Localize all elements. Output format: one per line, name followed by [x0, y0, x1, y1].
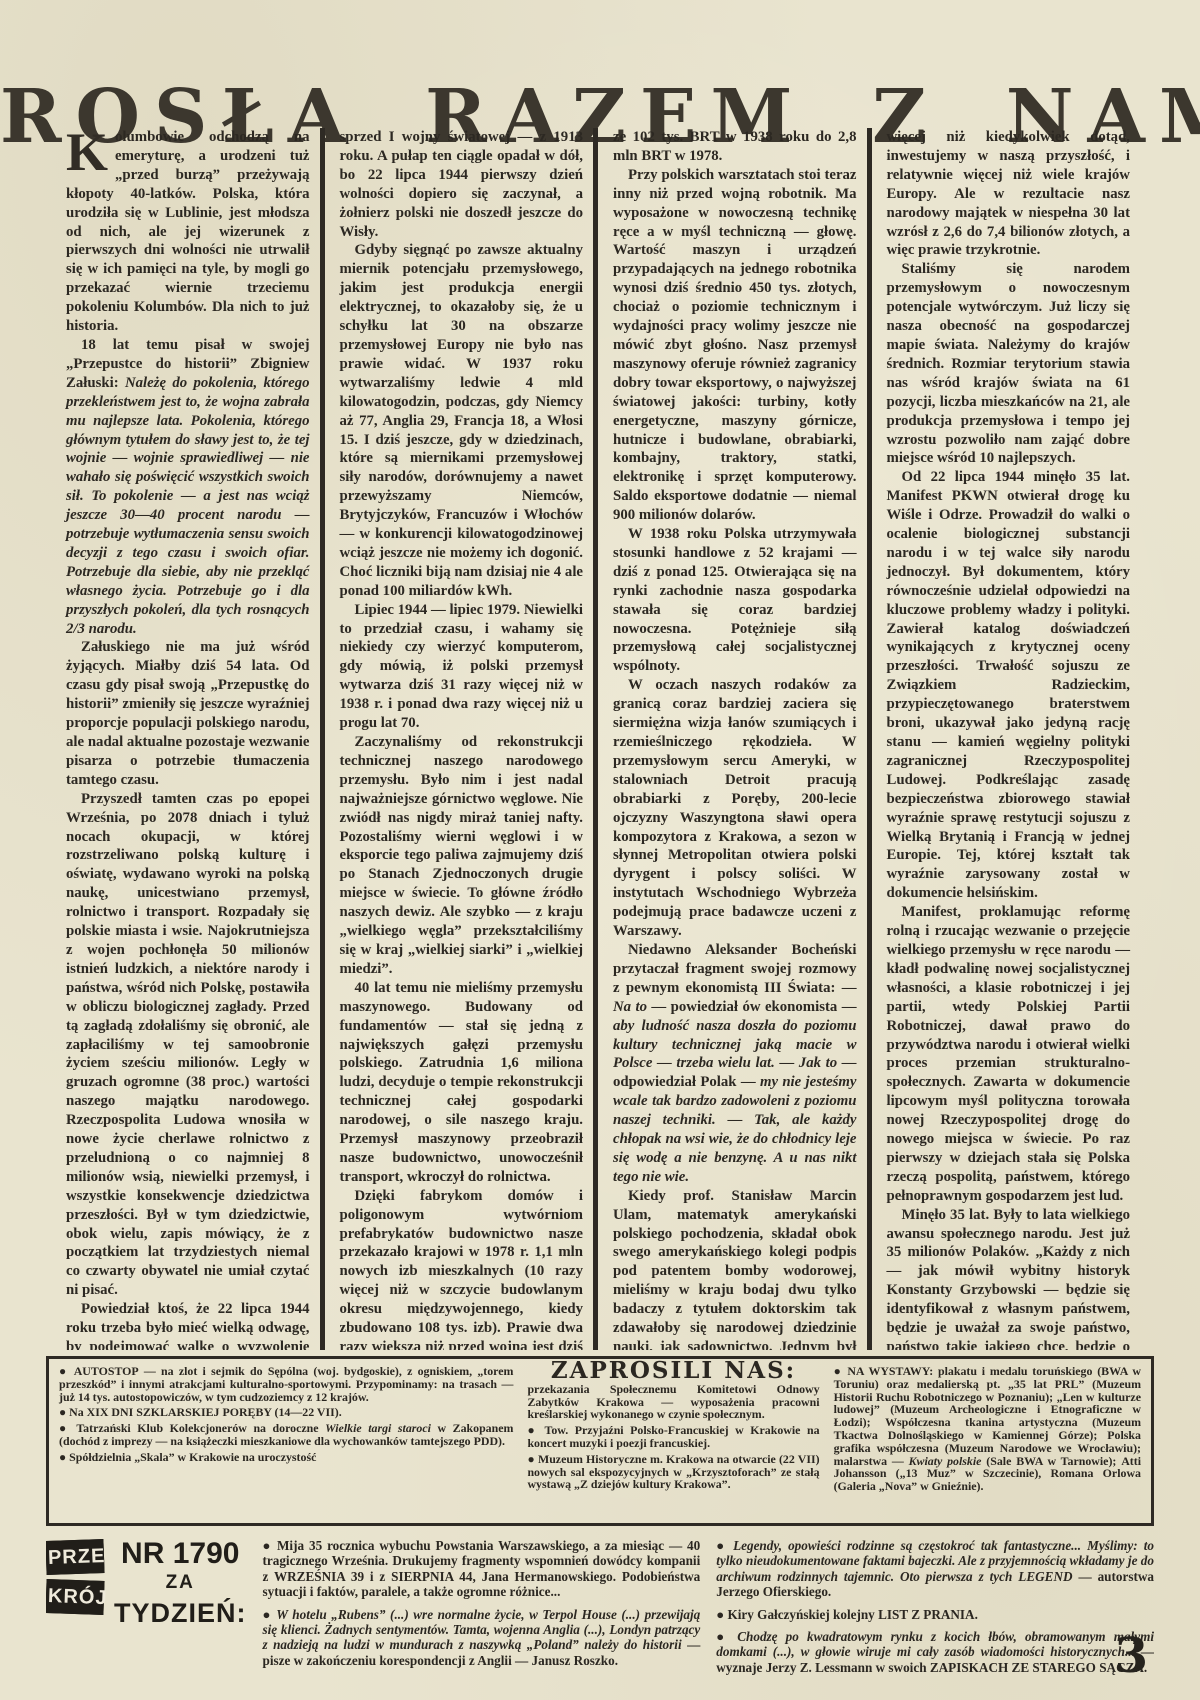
text-segment: Romana Orlowa [1051, 1466, 1142, 1480]
text-segment: W hotelu „Rubens” (...) wre normalne życ… [263, 1607, 701, 1653]
paragraph: Gdyby sięgnąć po zawsze aktualny miernik… [340, 241, 584, 600]
paragraph: ● Mija 35 rocznica wybuchu Powstania War… [263, 1538, 701, 1600]
article-column-1: Kolumbowie odchodzą na emeryturę, a urod… [60, 128, 320, 1350]
paragraph: ● Na XIX DNI SZKLARSKIEJ PORĘBY (14—22 V… [59, 1406, 513, 1419]
article-body: Kolumbowie odchodzą na emeryturę, a urod… [60, 128, 1140, 1350]
paragraph: sprzed I wojny światowej — z 1913 roku. … [340, 128, 584, 241]
invites-center-column: ZAPROSILI NAS: przekazania Społecznemu K… [527, 1365, 819, 1517]
paragraph: Minęło 35 lat. Były to lata wielkiego aw… [887, 1206, 1131, 1350]
paragraph: 18 lat temu pisał w swojej „Przepustce d… [66, 336, 310, 639]
paragraph: Załuskiego nie ma już wśród żyjących. Mi… [66, 638, 310, 789]
paragraph: ● Kiry Gałczyńskiej kolejny LIST Z PRANI… [716, 1607, 1154, 1622]
text-segment: ze 102 tys. BRT w 1938 roku do 2,8 mln B… [613, 129, 857, 164]
article-column-3: ze 102 tys. BRT w 1938 roku do 2,8 mln B… [593, 128, 867, 1350]
text-segment: Jana Hermanowskiego. [482, 1569, 616, 1584]
paragraph: Manifest, proklamując reformę rolną i rz… [887, 903, 1131, 1206]
przekroj-brand: PRZE KRÓJ NR 1790 ZA TYDZIEŃ: [46, 1538, 247, 1688]
paragraph: ● Spółdzielnia „Skala” w Krakowie na uro… [59, 1451, 513, 1464]
text-segment: — powiedział ów ekonomista — [647, 999, 856, 1015]
paragraph: przekazania Społecznemu Komitetowi Odnow… [527, 1383, 819, 1421]
paragraph: Od 22 lipca 1944 minęło 35 lat. Manifest… [887, 468, 1131, 903]
text-segment: Lipiec 1944 — lipiec 1979. Niewielki to … [340, 602, 584, 731]
paragraph: Staliśmy się narodem przemysłowym o nowo… [887, 260, 1131, 468]
paragraph: ze 102 tys. BRT w 1938 roku do 2,8 mln B… [613, 128, 857, 166]
text-segment: Zaczynaliśmy od rekonstrukcji techniczne… [340, 734, 584, 977]
invites-box: ● AUTOSTOP — na zlot i sejmik do Sępólna… [46, 1356, 1154, 1526]
text-segment: — [775, 1055, 799, 1071]
issue-block: NR 1790 ZA TYDZIEŃ: [114, 1538, 247, 1688]
next-week-column-1: ● Mija 35 rocznica wybuchu Powstania War… [263, 1538, 701, 1688]
next-week-column-2: ● Legendy, opowieści rodzinne są częstok… [716, 1538, 1154, 1688]
paragraph: Zaczynaliśmy od rekonstrukcji techniczne… [340, 733, 584, 979]
text-segment: Chodzę po kwadratowym rynku z kocich łbó… [716, 1629, 1154, 1659]
text-segment: ● [716, 1607, 727, 1622]
text-segment: więcej niż kiedykolwiek dotąd, inwestuje… [887, 129, 1131, 258]
text-segment: Janusz Roszko. [532, 1653, 618, 1668]
text-segment: Kiedy prof. Stanisław Marcin Ulam, matem… [613, 1188, 857, 1350]
text-segment: Staliśmy się narodem przemysłowym o nowo… [887, 261, 1131, 466]
paragraph: Lipiec 1944 — lipiec 1979. Niewielki to … [340, 601, 584, 733]
text-segment: Powiedział ktoś, że 22 lipca 1944 roku t… [66, 1301, 310, 1350]
text-segment: przekazania Społecznemu Komitetowi Odnow… [527, 1382, 819, 1422]
text-segment: ● [716, 1629, 737, 1644]
paragraph: Przyszedł tamten czas po epopei Września… [66, 790, 310, 1300]
paragraph: ● Tatrzański Klub Kolekcjonerów na doroc… [59, 1422, 513, 1448]
text-segment: kolejny LIST Z PRANIA. [830, 1607, 978, 1622]
paragraph: ● NA WYSTAWY: plakatu i medalu toruńskie… [834, 1365, 1141, 1493]
text-segment: ● [263, 1607, 277, 1622]
article-column-2: sprzed I wojny światowej — z 1913 roku. … [320, 128, 594, 1350]
page-number: 3 [1115, 1628, 1148, 1684]
text-segment: w swoich ZAPISKACH ZE STAREGO SĄCZA. [872, 1660, 1147, 1675]
text-segment: w Krakowie na uroczystość [175, 1450, 317, 1464]
text-segment: W oczach naszych rodaków za granicą cora… [613, 677, 857, 939]
paragraph: W 1938 roku Polska utrzymywała stosunki … [613, 525, 857, 676]
drop-cap: K [66, 128, 115, 174]
newspaper-page: ROSŁA RAZEM Z NAMI Kolumbowie odchodzą n… [0, 0, 1200, 1700]
paragraph: ● Muzeum Historyczne m. Krakowa na otwar… [527, 1453, 819, 1491]
next-week-section: PRZE KRÓJ NR 1790 ZA TYDZIEŃ: ● Mija 35 … [46, 1538, 1154, 1688]
text-segment: ● [716, 1538, 733, 1553]
text-segment: sprzed I wojny światowej — z 1913 roku. … [340, 129, 584, 240]
paragraph: ● Legendy, opowieści rodzinne są częstok… [716, 1538, 1154, 1600]
text-segment: Jak to [799, 1055, 837, 1071]
paragraph: ● W hotelu „Rubens” (...) wre normalne ż… [263, 1607, 701, 1669]
text-segment: — autorstwa [1073, 1569, 1154, 1584]
text-segment: 40 lat temu nie mieliśmy przemysłu maszy… [340, 980, 584, 1185]
text-segment: Załuskiego nie ma już wśród żyjących. Mi… [66, 639, 310, 787]
paragraph: Kiedy prof. Stanisław Marcin Ulam, matem… [613, 1187, 857, 1350]
text-segment: Jerzy Z. Lessmann [766, 1660, 873, 1675]
text-segment: (Galeria „Nova” w Gnieźnie). [834, 1479, 984, 1493]
text-segment: Jerzego Ofierskiego. [716, 1584, 831, 1599]
paragraph: W oczach naszych rodaków za granicą cora… [613, 676, 857, 941]
paragraph: Dzięki fabrykom domów i poligonowym wytw… [340, 1187, 584, 1350]
issue-tydzien-label: TYDZIEŃ: [114, 1596, 247, 1630]
invites-right-column: ● NA WYSTAWY: plakatu i medalu toruńskie… [834, 1365, 1141, 1517]
text-segment: Od 22 lipca 1944 minęło 35 lat. Manifest… [887, 469, 1131, 901]
text-segment: koncert muzyki i poezji francuskiej. [527, 1436, 710, 1450]
issue-number: NR 1790 [114, 1538, 247, 1570]
issue-za-label: ZA [114, 1570, 247, 1596]
text-segment: Spółdzielnia „Skala” [69, 1450, 174, 1464]
text-segment: ● [59, 1450, 69, 1464]
invites-center-text: przekazania Społecznemu Komitetowi Odnow… [527, 1383, 819, 1491]
text-segment: Na to [613, 999, 647, 1015]
text-segment: ● Na XIX DNI SZKLARSKIEJ PORĘBY (14—22 V… [59, 1405, 342, 1419]
text-segment: Manifest, proklamując reformę rolną i rz… [887, 904, 1131, 1204]
text-segment: W 1938 roku Polska utrzymywała stosunki … [613, 526, 857, 674]
invites-left-column: ● AUTOSTOP — na zlot i sejmik do Sępólna… [59, 1365, 513, 1517]
paragraph: Przy polskich warsztatach stoi teraz inn… [613, 166, 857, 525]
paragraph: ● Tow. Przyjaźni Polsko-Francuskiej w Kr… [527, 1424, 819, 1450]
paragraph: ● AUTOSTOP — na zlot i sejmik do Sępólna… [59, 1365, 513, 1403]
text-segment: Przy polskich warsztatach stoi teraz inn… [613, 167, 857, 523]
logo-kroj: KRÓJ [46, 1579, 105, 1615]
text-segment: Gdyby sięgnąć po zawsze aktualny miernik… [340, 242, 584, 598]
paragraph: ● Chodzę po kwadratowym rynku z kocich ł… [716, 1629, 1154, 1675]
text-segment: „Z dziejów kultury Krakowa”. [574, 1477, 731, 1491]
text-segment: Przyszedł tamten czas po epopei Września… [66, 791, 310, 1299]
article-column-4: więcej niż kiedykolwiek dotąd, inwestuje… [867, 128, 1141, 1350]
text-segment: Dzięki fabrykom domów i poligonowym wytw… [340, 1188, 584, 1350]
paragraph: Niedawno Aleksander Bocheński przytaczał… [613, 941, 857, 1187]
text-segment: Minęło 35 lat. Były to lata wielkiego aw… [887, 1207, 1131, 1350]
paragraph: Kolumbowie odchodzą na emeryturę, a urod… [66, 128, 310, 336]
invites-title: ZAPROSILI NAS: [527, 1365, 819, 1378]
text-segment: Kiry Gałczyńskiej [728, 1607, 830, 1622]
paragraph: więcej niż kiedykolwiek dotąd, inwestuje… [887, 128, 1131, 260]
paragraph: Powiedział ktoś, że 22 lipca 1944 roku t… [66, 1300, 310, 1350]
przekroj-logo: PRZE KRÓJ [46, 1538, 104, 1688]
text-segment: Niedawno Aleksander Bocheński przytaczał… [613, 942, 857, 996]
text-segment: — [716, 1112, 754, 1128]
paragraph: 40 lat temu nie mieliśmy przemysłu maszy… [340, 979, 584, 1187]
logo-prze: PRZE [46, 1539, 105, 1575]
text-segment: Należę do pokolenia, którego przekleństw… [66, 375, 310, 637]
